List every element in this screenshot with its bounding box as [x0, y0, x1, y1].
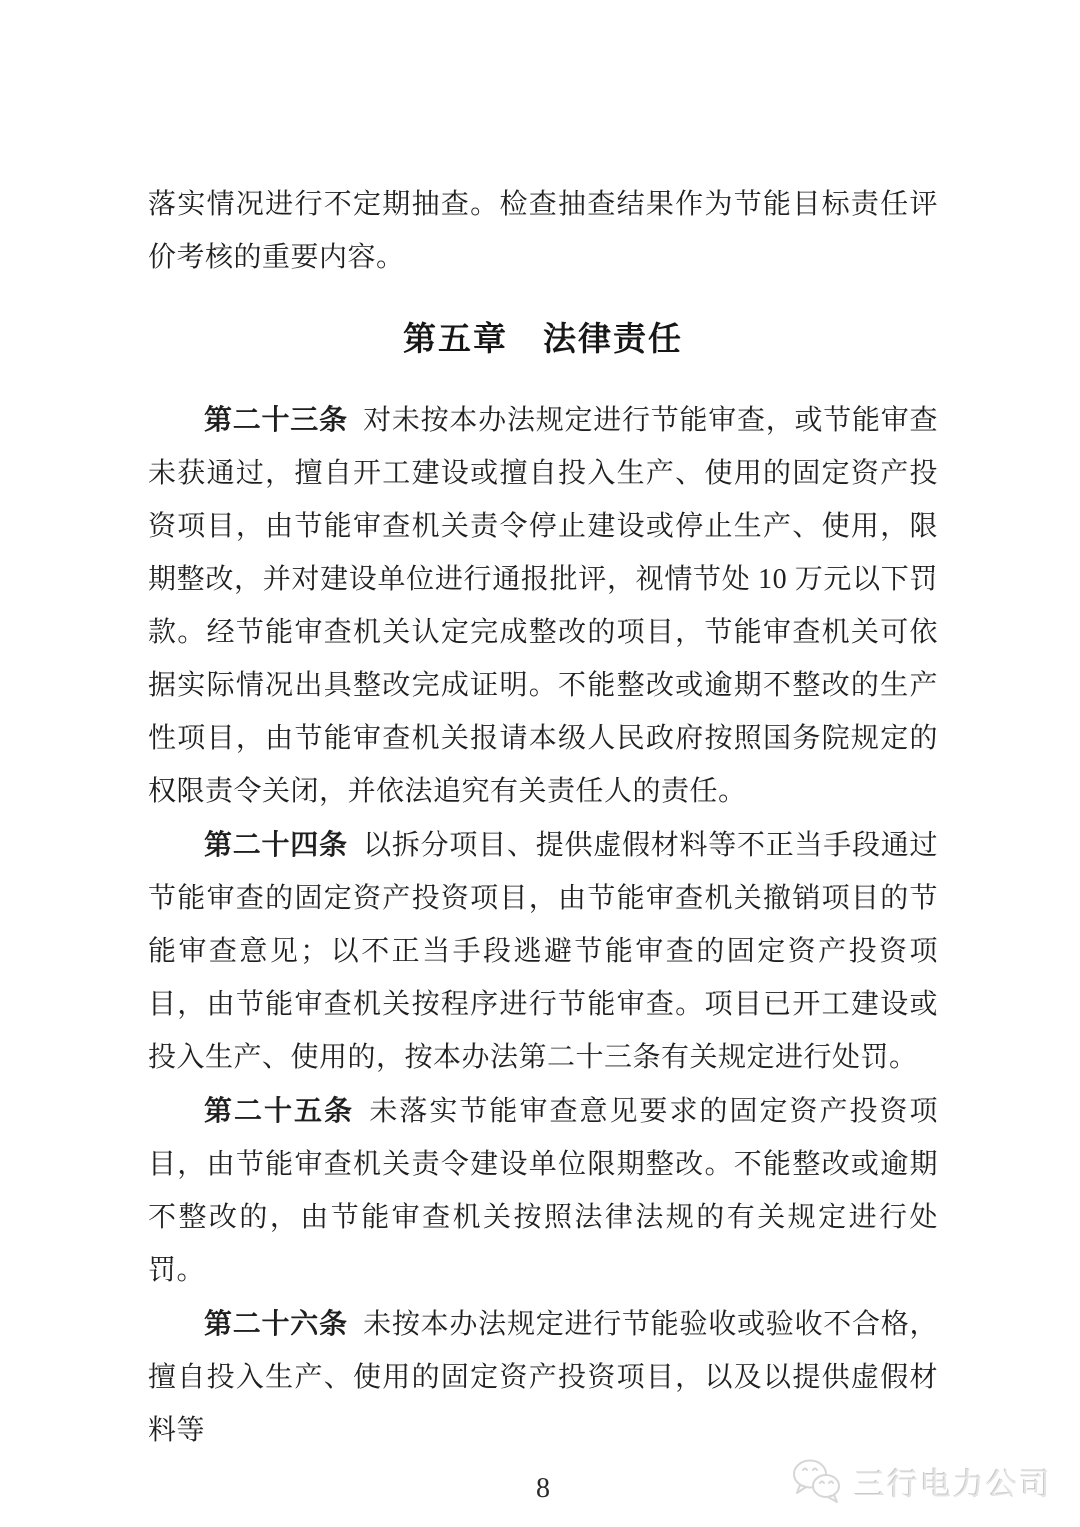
- article-paragraph-24: 第二十四条以拆分项目、提供虚假材料等不正当手段通过节能审查的固定资产投资项目，由…: [148, 818, 938, 1084]
- article-paragraph-25: 第二十五条未落实节能审查意见要求的固定资产投资项目，由节能审查机关责令建设单位限…: [148, 1084, 938, 1297]
- article-lead: 第二十三条: [204, 404, 363, 435]
- article-lead: 第二十四条: [204, 829, 363, 860]
- article-lead: 第二十五条: [204, 1095, 369, 1126]
- article-text: 以拆分项目、提供虚假材料等不正当手段通过节能审查的固定资产投资项目，由节能审查机…: [148, 830, 938, 1073]
- article-paragraph-23: 第二十三条对未按本办法规定进行节能审查，或节能审查未获通过，擅自开工建设或擅自投…: [148, 393, 938, 818]
- document-page: 落实情况进行不定期抽查。检查抽查结果作为节能目标责任评价考核的重要内容。 第五章…: [0, 0, 1080, 1527]
- article-text: 对未按本办法规定进行节能审查，或节能审查未获通过，擅自开工建设或擅自投入生产、使…: [148, 405, 938, 807]
- article-lead: 第二十六条: [204, 1308, 363, 1339]
- watermark-label: 三行电力公司: [854, 1459, 1052, 1504]
- chapter-heading: 第五章 法律责任: [148, 312, 938, 365]
- watermark: 三行电力公司: [790, 1457, 1052, 1505]
- wechat-icon: [790, 1457, 846, 1505]
- page-content: 落实情况进行不定期抽查。检查抽查结果作为节能目标责任评价考核的重要内容。 第五章…: [148, 178, 938, 1515]
- intro-paragraph: 落实情况进行不定期抽查。检查抽查结果作为节能目标责任评价考核的重要内容。: [148, 178, 938, 284]
- article-paragraph-26: 第二十六条未按本办法规定进行节能验收或验收不合格，擅自投入生产、使用的固定资产投…: [148, 1297, 938, 1457]
